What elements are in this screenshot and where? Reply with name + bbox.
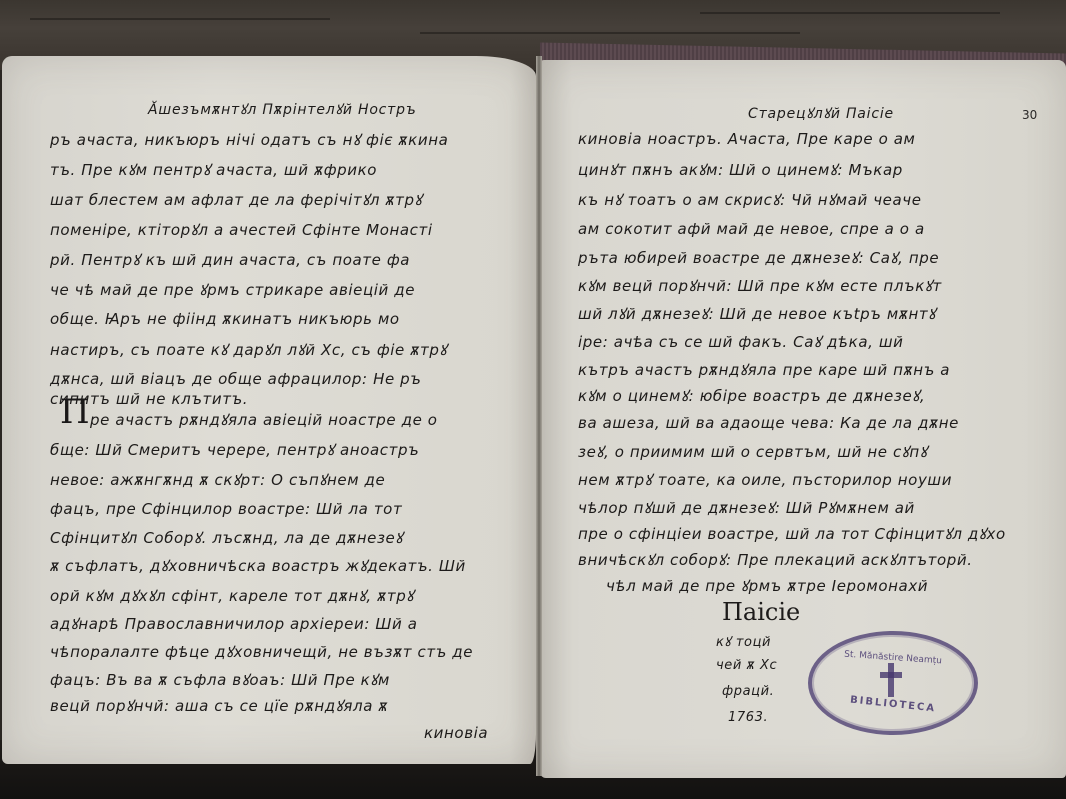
manuscript-line: невое: ажѫнгѫнд ѫ скꙋрт: О съпꙋнем де (50, 470, 385, 490)
wood-grain (30, 18, 330, 20)
manuscript-line: ам сокотит афй май де невое, спре а о а (578, 220, 925, 238)
manuscript-line: вничѣскꙋл соборꙋ: Пре плекаций аскꙋлтъто… (578, 550, 973, 570)
signature-line: кꙋ тоцй (716, 632, 771, 650)
manuscript-line: вецй порꙋнчй: аша съ се цїе рѫндꙋяла ѫ (50, 696, 388, 716)
manuscript-line: настиръ, съ поате кꙋ дарꙋл лꙋй Хс, съ фі… (50, 340, 447, 360)
drop-cap-initial: П (60, 392, 90, 432)
manuscript-line: шат блестем ам афлат де ла ферічітꙋл ѫтр… (50, 190, 422, 210)
manuscript-line: ръта юбирей воастре де дѫнезеꙋ: Саꙋ, пре (578, 248, 939, 268)
book-gutter (536, 56, 542, 776)
manuscript-line: фацъ: Въ ва ѫ съфла вꙋоаъ: Шй Пре кꙋм (50, 670, 390, 690)
manuscript-line: орй кꙋм дꙋхꙋл сфінт, кареле тот дѫнꙋ, ѫт… (50, 586, 414, 606)
manuscript-line: адꙋнарѣ Православничилор архіереи: Шй а (50, 614, 418, 634)
manuscript-line: фацъ, пре Сфінцилор воастре: Шй ла тот (50, 500, 402, 518)
wood-grain (700, 12, 1000, 14)
manuscript-line: пре о сфінціеи воастре, шй ла тот Сфінци… (578, 524, 1006, 544)
manuscript-line: ѫ съфлатъ, дꙋховничѣска воастръ жꙋдекатъ… (50, 556, 466, 576)
manuscript-line: чѣпоралалте фѣце дꙋховничещй, не възѫт с… (50, 642, 473, 662)
catchword: киновіа (424, 724, 488, 742)
manuscript-line: чѣлор пꙋшй де дѫнезеꙋ: Шй Рꙋмѫнем ай (578, 498, 915, 518)
manuscript-line: кꙋм о цинемꙋ: юбіре воастръ де дѫнезеꙋ, (578, 386, 925, 406)
manuscript-line: обще. Ꙗръ не фіінд ѫкинатъ никъюрь мо (50, 310, 400, 328)
library-stamp: St. Mănăstire Neamțu BIBLIOTECA (808, 631, 978, 735)
manuscript-line: іре: ачѣа съ се шй факъ. Саꙋ дѣка, шй (578, 332, 904, 352)
manuscript-line: шй лꙋй дѫнезеꙋ: Шй де невое къtръ мѫнтꙋ (578, 304, 936, 324)
signature-line: фрацй. (722, 684, 774, 699)
signature-year: 1763. (728, 710, 768, 725)
manuscript-line: тъ. Пре кꙋм пентрꙋ ачаста, шй ѫфрико (50, 160, 377, 180)
manuscript-line: ръ ачаста, никъюръ нічі одатъ съ нꙋ фіє … (50, 130, 448, 150)
manuscript-line: зеꙋ, о приимим шй о сервтъм, шй не сꙋпꙋ (578, 442, 927, 462)
manuscript-line: кътръ ачастъ рѫндꙋяла пре каре шй пѫнъ а (578, 360, 950, 380)
cross-icon (880, 663, 902, 699)
manuscript-line: нем ѫтрꙋ тоате, ка оиле, пъсторилор ноуш… (578, 470, 952, 490)
manuscript-line: ре ачастъ рѫндꙋяла авіецій ноастре де о (90, 410, 438, 430)
signature-name: Паісіе (722, 598, 800, 626)
manuscript-line: дѫнса, шй віацъ де обще афрацилор: Не ръ (50, 370, 421, 388)
manuscript-line: рй. Пентрꙋ къ шй дин ачаста, съ поате фа (50, 250, 410, 270)
manuscript-line: къ нꙋ тоатъ о ам скрисꙋ: Чй нꙋмай чеаче (578, 190, 922, 210)
manuscript-line: бще: Шй Смеритъ черере, пентрꙋ аноастръ (50, 440, 419, 460)
manuscript-line: кꙋм вецй порꙋнчй: Шй пре кꙋм есте плъкꙋт (578, 276, 942, 296)
manuscript-line: Сфінцитꙋл Соборꙋ. лъсѫнд, ла де дѫнезеꙋ (50, 528, 403, 548)
manuscript-line: ва ашеза, шй ва адаоще чева: Ка де ла дѫ… (578, 414, 959, 432)
manuscript-line: че чѣ май де пре ꙋрмъ стрикаре авіецій д… (50, 280, 415, 300)
left-page-heading: Ӑшезъмѫнтꙋл Пѫрінтелꙋй Ностръ (148, 100, 417, 119)
manuscript-line: цинꙋт пѫнъ акꙋм: Шй о цинемꙋ: Мъкар (578, 160, 903, 180)
signature-line: чей ѫ Хс (716, 658, 777, 673)
manuscript-line: поменіре, ктіторꙋл а ачестей Сфінте Мона… (50, 220, 433, 240)
page-number: 30 (1022, 108, 1037, 122)
manuscript-line: чѣл май де пре ꙋрмъ ѫтре Іеромонахй (606, 576, 928, 596)
right-page-heading: Старецꙋлꙋй Паісіе (748, 104, 894, 123)
wood-grain (420, 32, 800, 34)
manuscript-line: киновіа ноастръ. Ачаста, Пре каре о ам (578, 130, 915, 148)
